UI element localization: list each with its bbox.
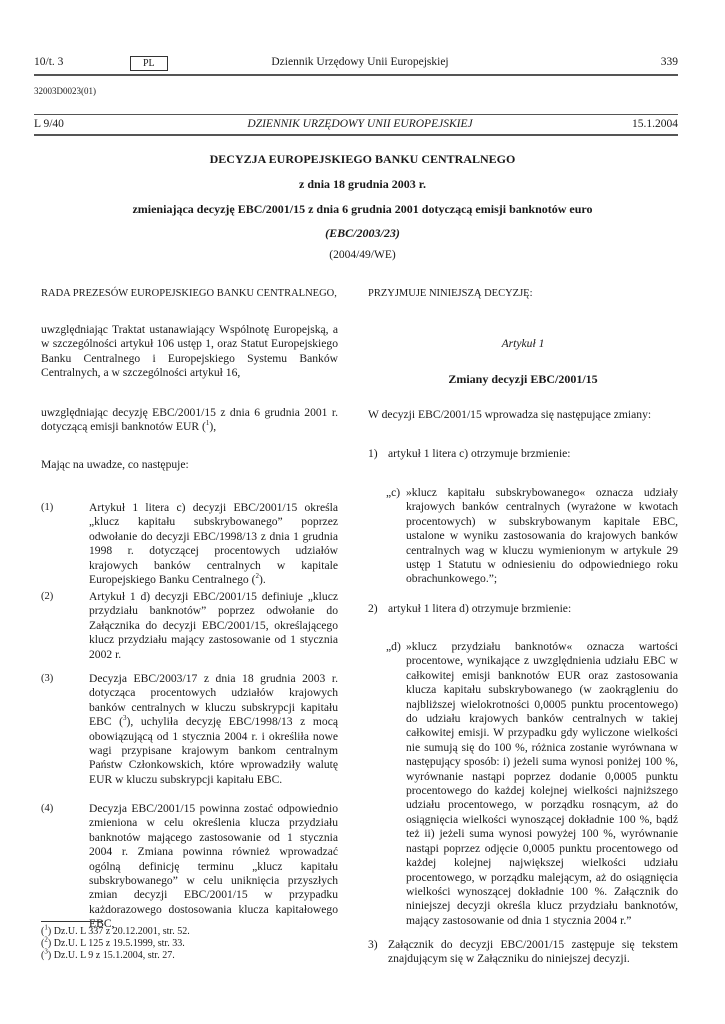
amendment-item-3: 3) Załącznik do decyzji EBC/2001/15 zast… [368, 938, 678, 967]
quote-label: „d) [386, 640, 401, 654]
having-regard-decision: uwzględniając decyzję EBC/2001/15 z dnia… [41, 406, 338, 435]
recital-1: (1) Artykuł 1 litera c) decyzji EBC/2001… [41, 501, 338, 587]
quote-definition-d: „d) »klucz przydziału banknotów« oznacza… [386, 640, 678, 928]
recital-2: (2) Artykuł 1 d) decyzji EBC/2001/15 def… [41, 590, 338, 662]
footnote-ref[interactable]: 3 [123, 714, 127, 722]
item-number: 2) [368, 602, 378, 616]
recital-number: (3) [41, 672, 53, 686]
volume-label: 10/t. 3 [34, 56, 63, 68]
item-text: Załącznik do decyzji EBC/2001/15 zastępu… [388, 938, 678, 967]
recital-3: (3) Decyzja EBC/2003/17 z dnia 18 grudni… [41, 672, 338, 787]
having-regard-treaty: uwzględniając Traktat ustanawiający Wspó… [41, 323, 338, 381]
footnote-1: (1) Dz.U. L 337 z 20.12.2001, str. 52. [41, 926, 341, 938]
page-number: 339 [661, 56, 678, 68]
footnote-ref[interactable]: 1 [206, 420, 210, 428]
footnote-2: (2) Dz.U. L 125 z 19.5.1999, str. 33. [41, 938, 341, 950]
recital-4: (4) Decyzja EBC/2001/15 powinna zostać o… [41, 802, 338, 932]
article-title: Zmiany decyzji EBC/2001/15 [368, 372, 678, 387]
language-badge: PL [130, 56, 168, 71]
footnotes: (1) Dz.U. L 337 z 20.12.2001, str. 52. (… [41, 926, 341, 963]
footnote-ref[interactable]: 2 [255, 572, 259, 580]
document-title: DECYZJA EUROPEJSKIEGO BANKU CENTRALNEGO [30, 152, 695, 167]
recital-text: Artykuł 1 d) decyzji EBC/2001/15 definiu… [89, 590, 338, 662]
document-date: z dnia 18 grudnia 2003 r. [30, 177, 695, 192]
having-regard-decision-text: uwzględniając decyzję EBC/2001/15 z dnia… [41, 406, 338, 433]
document-number: (EBC/2003/23) [30, 226, 695, 241]
original-date: 15.1.2004 [632, 118, 678, 130]
recital-number: (4) [41, 802, 53, 816]
footnote-3: (3) Dz.U. L 9 z 15.1.2004, str. 27. [41, 950, 341, 962]
document-subject: zmieniająca decyzję EBC/2001/15 z dnia 6… [30, 202, 695, 217]
item-text: artykuł 1 litera c) otrzymuje brzmienie: [388, 447, 678, 461]
item-number: 3) [368, 938, 378, 952]
amendment-item-1: 1) artykuł 1 litera c) otrzymuje brzmien… [368, 447, 678, 461]
journal-title: Dziennik Urzędowy Unii Europejskiej [200, 56, 520, 68]
footnote-separator [41, 921, 103, 922]
quote-label: „c) [386, 486, 400, 500]
whereas-heading: Mając na uwadze, co następuje: [41, 458, 338, 472]
original-journal-title: DZIENNIK URZĘDOWY UNII EUROPEJSKIEJ [200, 118, 520, 130]
header-rule [34, 74, 678, 76]
recital-text: Decyzja EBC/2001/15 powinna zostać odpow… [89, 802, 338, 932]
orig-header-top-rule [34, 114, 678, 115]
document-oj-number: (2004/49/WE) [30, 249, 695, 261]
quote-text: »klucz kapitału subskrybowanego« oznacza… [406, 486, 678, 587]
original-reference: L 9/40 [34, 118, 64, 130]
recital-text: Artykuł 1 litera c) decyzji EBC/2001/15 … [89, 501, 338, 586]
recital-number: (2) [41, 590, 53, 604]
item-number: 1) [368, 447, 378, 461]
article-label: Artykuł 1 [368, 337, 678, 351]
quote-text: »klucz przydziału banknotów« oznacza war… [406, 640, 678, 928]
adopts-heading: PRZYJMUJE NINIEJSZĄ DECYZJĘ: [368, 287, 678, 301]
celex-number: 32003D0023(01) [34, 86, 96, 96]
recital-number: (1) [41, 501, 53, 515]
council-heading: RADA PREZESÓW EUROPEJSKIEGO BANKU CENTRA… [41, 287, 338, 301]
quote-definition-c: „c) »klucz kapitału subskrybowanego« ozn… [386, 486, 678, 587]
item-text: artykuł 1 litera d) otrzymuje brzmienie: [388, 602, 678, 616]
article-intro: W decyzji EBC/2001/15 wprowadza się nast… [368, 408, 678, 422]
orig-header-bottom-rule [34, 134, 678, 136]
amendment-item-2: 2) artykuł 1 litera d) otrzymuje brzmien… [368, 602, 678, 616]
